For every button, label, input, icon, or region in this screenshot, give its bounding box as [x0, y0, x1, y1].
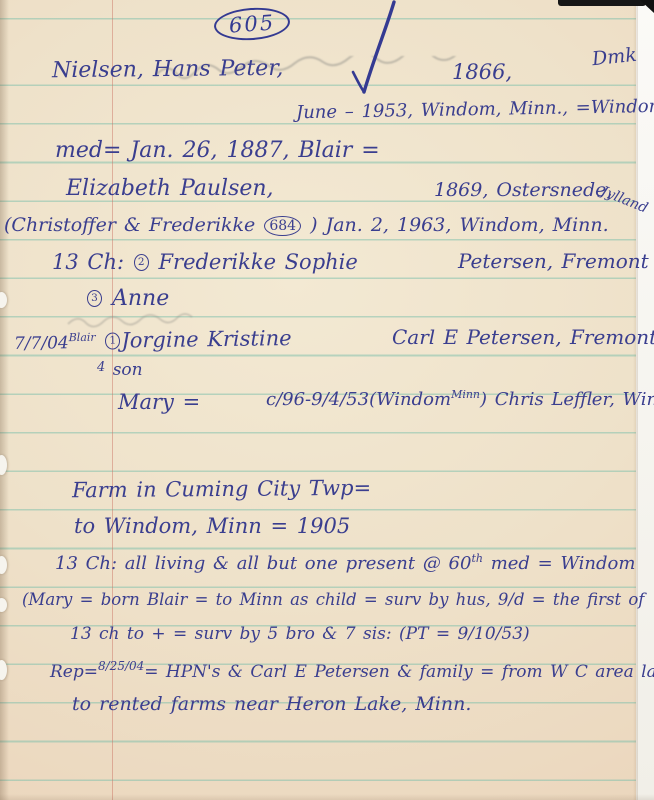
- child-frederikke-line: 13 Ch: 2 Frederikke Sophie: [52, 250, 358, 274]
- child-3-name: Anne: [112, 286, 169, 311]
- child-1-place: Blair: [69, 331, 96, 344]
- child-number-1: 1: [105, 332, 120, 349]
- mary-place-sup: Minn: [451, 388, 480, 401]
- mary-obit-note-2: 13 ch to + = surv by 5 bro & 7 sis: (PT …: [70, 624, 530, 644]
- child-son-line: 4 son: [97, 360, 143, 380]
- page-number: 605: [213, 5, 291, 42]
- child-1-married: Carl E Petersen, Fremont: [392, 325, 654, 349]
- anniversary-note: 13 Ch: all living & all but one present …: [55, 552, 635, 574]
- child-2-name: Frederikke Sophie: [158, 250, 357, 274]
- rep-date: 8/25/04: [98, 659, 144, 673]
- child-jorgine-line: 7/7/04Blair 1Jorgine Kristine: [14, 326, 292, 354]
- farm-note-1: Farm in Cuming City Twp=: [72, 476, 371, 503]
- child-anne-line: 3 Anne: [86, 286, 169, 311]
- mary-husband: ) Chris Leffler, Windom: [480, 389, 654, 410]
- spouse-name: Elizabeth Paulsen,: [66, 176, 274, 201]
- child-1-name: Jorgine Kristine: [121, 326, 292, 352]
- children-count: 13 Ch:: [52, 250, 124, 274]
- spouse-parents-line: (Christoffer & Frederikke 684 ) Jan. 2, …: [4, 214, 609, 236]
- child-number-2: 2: [134, 254, 149, 271]
- child-2-married: Petersen, Fremont: [458, 249, 649, 273]
- child-number-4: 4: [97, 360, 105, 375]
- scan-black-corner: [558, 0, 646, 6]
- child-number-3: 3: [87, 290, 102, 307]
- cross-reference-684: 684: [264, 216, 301, 236]
- scanned-notebook-page: 605 Nielsen, Hans Peter, 1866, Dmk June …: [0, 0, 654, 800]
- rep-label: Rep=: [50, 662, 98, 682]
- spouse-birth: 1869, Ostersnede,: [434, 179, 612, 201]
- child-mary-details: c/96-9/4/53(WindomMinn) Chris Leffler, W…: [266, 388, 654, 410]
- child-4-label: son: [113, 360, 143, 380]
- anniv-text2: med = Windom: [483, 553, 635, 574]
- report-note: Rep=8/25/04= HPN's & Carl E Petersen & f…: [50, 659, 654, 682]
- checkmark-icon: [338, 0, 404, 104]
- rep-text: = HPN's & Carl E Petersen & family = fro…: [144, 662, 654, 682]
- child-mary-name: Mary =: [118, 390, 200, 414]
- farm-note-2: to Windom, Minn = 1905: [74, 514, 350, 538]
- subject-birth-year: 1866,: [452, 60, 512, 84]
- child-1-date: 7/7/04: [14, 333, 69, 354]
- anniv-sup: th: [471, 552, 483, 565]
- page-number-text: 605: [228, 10, 276, 37]
- report-note-cont: to rented farms near Heron Lake, Minn.: [72, 693, 471, 715]
- binding-edge-shade: [0, 0, 9, 800]
- mary-obit-note-1: (Mary = born Blair = to Minn as child = …: [22, 590, 644, 609]
- bottom-edge-shade: [0, 794, 654, 800]
- anniv-text: 13 Ch: all living & all but one present …: [55, 553, 471, 574]
- mary-dates: c/96-9/4/53(Windom: [266, 389, 451, 410]
- spouse-parents-text: (Christoffer & Frederikke: [4, 214, 255, 236]
- subject-birth-country: Dmk: [591, 44, 638, 71]
- marriage-line: med= Jan. 26, 1887, Blair =: [55, 138, 380, 163]
- spouse-death-text: ) Jan. 2, 1963, Windom, Minn.: [310, 214, 609, 236]
- subject-name: Nielsen, Hans Peter,: [52, 56, 284, 83]
